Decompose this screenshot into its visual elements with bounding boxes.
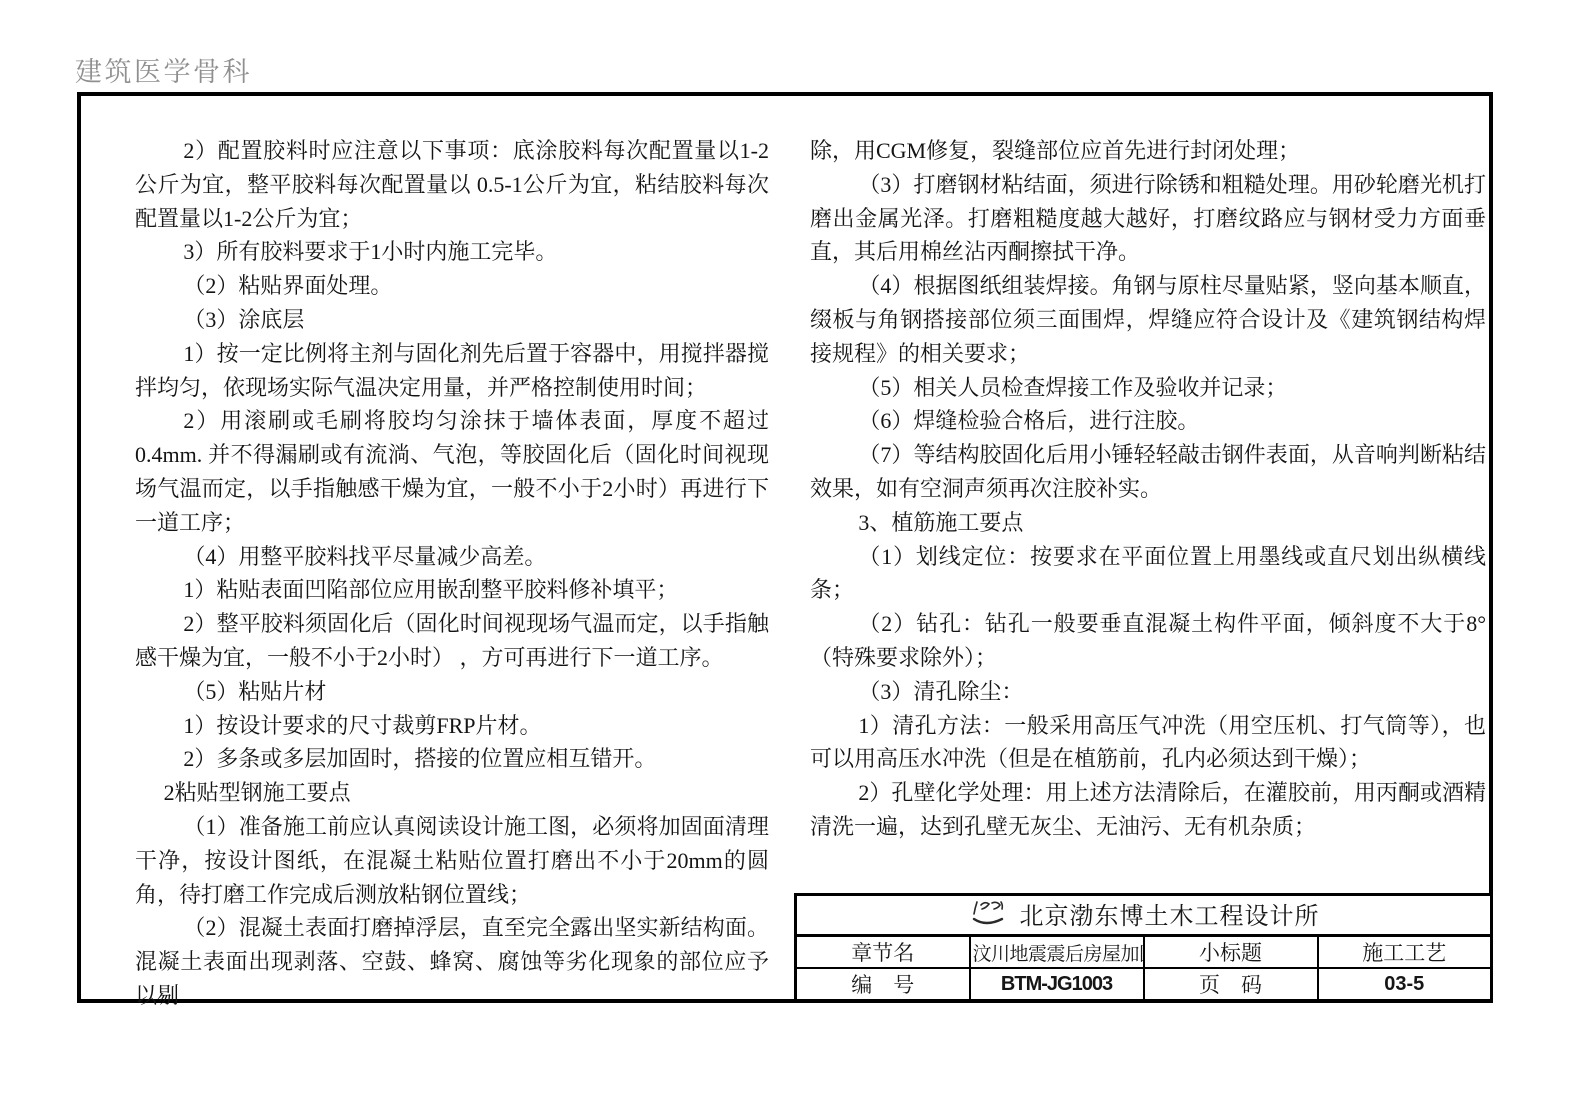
paragraph: 除，用CGM修复，裂缝部位应首先进行封闭处理； bbox=[810, 134, 1486, 168]
chapter-label: 章节名 bbox=[796, 936, 970, 969]
subtitle-label: 小标题 bbox=[1144, 936, 1318, 969]
paragraph: （2）混凝土表面打磨掉浮层，直至完全露出坚实新结构面。混凝土表面出现剥落、空鼓、… bbox=[135, 911, 769, 1012]
paragraph: （3）打磨钢材粘结面，须进行除锈和粗糙处理。用砂轮磨光机打磨出金属光泽。打磨粗糙… bbox=[810, 168, 1486, 269]
page-label: 页 码 bbox=[1144, 968, 1318, 1001]
paragraph: （2）粘贴界面处理。 bbox=[135, 269, 769, 303]
institute-name: 北京渤东博土木工程设计所 bbox=[1020, 896, 1320, 931]
paragraph: 1）清孔方法：一般采用高压气冲洗（用空压机、打气筒等），也可以用高压水冲洗（但是… bbox=[810, 709, 1486, 777]
page-value: 03-5 bbox=[1318, 968, 1492, 1001]
paragraph: （2）钻孔：钻孔一般要垂直混凝土构件平面，倾斜度不大于8°（特殊要求除外）； bbox=[810, 607, 1486, 675]
paragraph: （4）根据图纸组装焊接。角钢与原柱尽量贴紧，竖向基本顺直，缀板与角钢搭接部位须三… bbox=[810, 269, 1486, 370]
paragraph: 1）按一定比例将主剂与固化剂先后置于容器中，用搅拌器搅拌均匀，依现场实际气温决定… bbox=[135, 337, 769, 405]
paragraph: 1）粘贴表面凹陷部位应用嵌刮整平胶料修补填平； bbox=[135, 573, 769, 607]
paragraph: （5）相关人员检查焊接工作及验收并记录； bbox=[810, 371, 1486, 405]
paragraph: （6）焊缝检验合格后，进行注胶。 bbox=[810, 404, 1486, 438]
paragraph: （3）涂底层 bbox=[135, 303, 769, 337]
paragraph: 2粘贴型钢施工要点 bbox=[135, 776, 769, 810]
subtitle-value: 施工工艺 bbox=[1318, 936, 1492, 969]
paragraph: （3）清孔除尘： bbox=[810, 675, 1486, 709]
document-frame: 2）配置胶料时应注意以下事项：底涂胶料每次配置量以1-2公斤为宜，整平胶料每次配… bbox=[77, 92, 1493, 1003]
paragraph: （1）划线定位：按要求在平面位置上用墨线或直尺划出纵横线条； bbox=[810, 540, 1486, 608]
number-value: BTM-JG1003 bbox=[970, 968, 1144, 1001]
paragraph: 3、植筋施工要点 bbox=[810, 506, 1486, 540]
paragraph: 2）多条或多层加固时，搭接的位置应相互错开。 bbox=[135, 742, 769, 776]
paragraph: 2）配置胶料时应注意以下事项：底涂胶料每次配置量以1-2公斤为宜，整平胶料每次配… bbox=[135, 134, 769, 235]
title-block-header-row: 北京渤东博土木工程设计所 bbox=[796, 894, 1492, 936]
paragraph: （7）等结构胶固化后用小锤轻轻敲击钢件表面，从音响判断粘结效果，如有空洞声须再次… bbox=[810, 438, 1486, 506]
paragraph: （5）粘贴片材 bbox=[135, 675, 769, 709]
number-label: 编 号 bbox=[796, 968, 970, 1001]
paragraph: 2）用滚刷或毛刷将胶均匀涂抹于墙体表面，厚度不超过0.4mm. 并不得漏刷或有流… bbox=[135, 404, 769, 539]
chapter-value: 汶川地震震后房屋加固案例 bbox=[970, 936, 1144, 969]
paragraph: 3）所有胶料要求于1小时内施工完毕。 bbox=[135, 235, 769, 269]
institute-signature-logo-icon bbox=[968, 899, 1010, 927]
left-text-column: 2）配置胶料时应注意以下事项：底涂胶料每次配置量以1-2公斤为宜，整平胶料每次配… bbox=[135, 134, 769, 1013]
title-block-table: 北京渤东博土木工程设计所 章节名 汶川地震震后房屋加固案例 小标题 施工工艺 编… bbox=[794, 893, 1493, 1004]
page-watermark: 建筑医学骨科 bbox=[75, 50, 252, 89]
paragraph: （4）用整平胶料找平尽量减少高差。 bbox=[135, 540, 769, 574]
paragraph: 1）按设计要求的尺寸裁剪FRP片材。 bbox=[135, 709, 769, 743]
paragraph: （1）准备施工前应认真阅读设计施工图，必须将加固面清理干净，按设计图纸，在混凝土… bbox=[135, 810, 769, 911]
right-text-column: 除，用CGM修复，裂缝部位应首先进行封闭处理；（3）打磨钢材粘结面，须进行除锈和… bbox=[810, 134, 1486, 844]
paragraph: 2）整平胶料须固化后（固化时间视现场气温而定，以手指触感干燥为宜，一般不小于2小… bbox=[135, 607, 769, 675]
paragraph: 2）孔壁化学处理：用上述方法清除后，在灌胶前，用丙酮或酒精清洗一遍，达到孔壁无灰… bbox=[810, 776, 1486, 844]
title-block-row-number: 编 号 BTM-JG1003 页 码 03-5 bbox=[796, 968, 1492, 1001]
title-block-row-chapter: 章节名 汶川地震震后房屋加固案例 小标题 施工工艺 bbox=[796, 936, 1492, 969]
institute-cell: 北京渤东博土木工程设计所 bbox=[796, 894, 1492, 936]
